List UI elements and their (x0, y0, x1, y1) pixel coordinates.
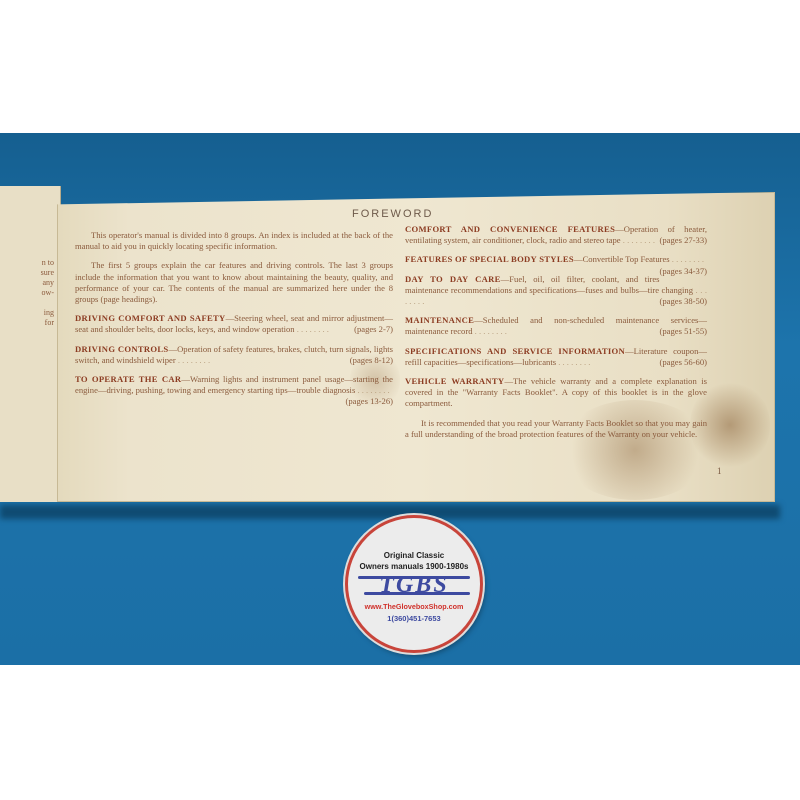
badge-line2: Owners manuals 1900-1980s (348, 562, 480, 571)
left-page-fragment: sure (41, 268, 54, 277)
dot-leader: . . . . . . . . (556, 357, 590, 367)
left-page-fragment: n to (42, 258, 54, 267)
section-text: Convertible Top Features (583, 254, 670, 264)
intro-paragraph: The first 5 groups explain the car featu… (75, 260, 393, 305)
left-column: This operator's manual is divided into 8… (75, 230, 393, 408)
left-page-fragment: ow- (42, 288, 54, 297)
toc-section: DRIVING COMFORT AND SAFETY—Steering whee… (75, 313, 393, 335)
page-number: 1 (717, 466, 722, 476)
toc-section: COMFORT AND CONVENIENCE FEATURES—Operati… (405, 224, 707, 246)
toc-section: FEATURES OF SPECIAL BODY STYLES—Converti… (405, 254, 707, 265)
book-shadow (0, 505, 780, 519)
toc-section: DRIVING CONTROLS—Operation of safety fea… (75, 344, 393, 366)
dot-leader: . . . . . . . . (670, 254, 704, 264)
badge-logo: TGBS (358, 572, 470, 598)
dot-leader: . . . . . . . . (621, 235, 655, 245)
section-heading: VEHICLE WARRANTY (405, 376, 504, 386)
left-page: n to sure any ow- ing for (0, 186, 61, 502)
left-page-fragment: any (42, 278, 54, 287)
section-pages: (pages 51-55) (660, 326, 708, 337)
left-page-fragment: for (45, 318, 54, 327)
dot-leader: . . . . . . . . (473, 326, 507, 336)
toc-section: SPECIFICATIONS AND SERVICE INFORMATION—L… (405, 346, 707, 368)
toc-section: MAINTENANCE—Scheduled and non-scheduled … (405, 315, 707, 337)
section-heading: DRIVING CONTROLS (75, 344, 168, 354)
section-pages: (pages 27-33) (660, 235, 708, 246)
section-heading: DRIVING COMFORT AND SAFETY (75, 313, 226, 323)
store-badge-sticker: Original Classic Owners manuals 1900-198… (345, 515, 483, 653)
section-heading: FEATURES OF SPECIAL BODY STYLES (405, 254, 574, 264)
badge-phone: 1(360)451-7653 (348, 614, 480, 623)
badge-url: www.TheGloveboxShop.com (348, 602, 480, 611)
intro-paragraph: This operator's manual is divided into 8… (75, 230, 393, 252)
section-heading: COMFORT AND CONVENIENCE FEATURES (405, 224, 615, 234)
toc-section: VEHICLE WARRANTY—The vehicle warranty an… (405, 376, 707, 410)
section-pages: (pages 56-60) (660, 357, 708, 368)
toc-section: DAY TO DAY CARE—Fuel, oil, oil filter, c… (405, 274, 707, 308)
toc-section: TO OPERATE THE CAR—Warning lights and in… (75, 374, 393, 396)
section-heading: TO OPERATE THE CAR (75, 374, 181, 384)
section-heading: SPECIFICATIONS AND SERVICE INFORMATION (405, 346, 625, 356)
section-heading: MAINTENANCE (405, 315, 474, 325)
closing-paragraph: It is recommended that you read your War… (405, 418, 707, 440)
section-heading: DAY TO DAY CARE (405, 274, 501, 284)
right-column: COMFORT AND CONVENIENCE FEATURES—Operati… (405, 224, 707, 448)
dot-leader: . . . . . . . . (355, 385, 389, 395)
badge-line1: Original Classic (348, 551, 480, 560)
left-page-fragment: ing (44, 308, 54, 317)
page-title: FOREWORD (352, 208, 433, 220)
section-pages: (pages 34-37) (660, 266, 708, 277)
dot-leader: . . . . . . . . (295, 324, 329, 334)
section-pages: (pages 13-26) (346, 396, 394, 407)
dot-leader: . . . . . . . . (176, 355, 210, 365)
section-pages: (pages 2-7) (354, 324, 393, 335)
section-pages: (pages 8-12) (350, 355, 393, 366)
section-pages: (pages 38-50) (660, 296, 708, 307)
